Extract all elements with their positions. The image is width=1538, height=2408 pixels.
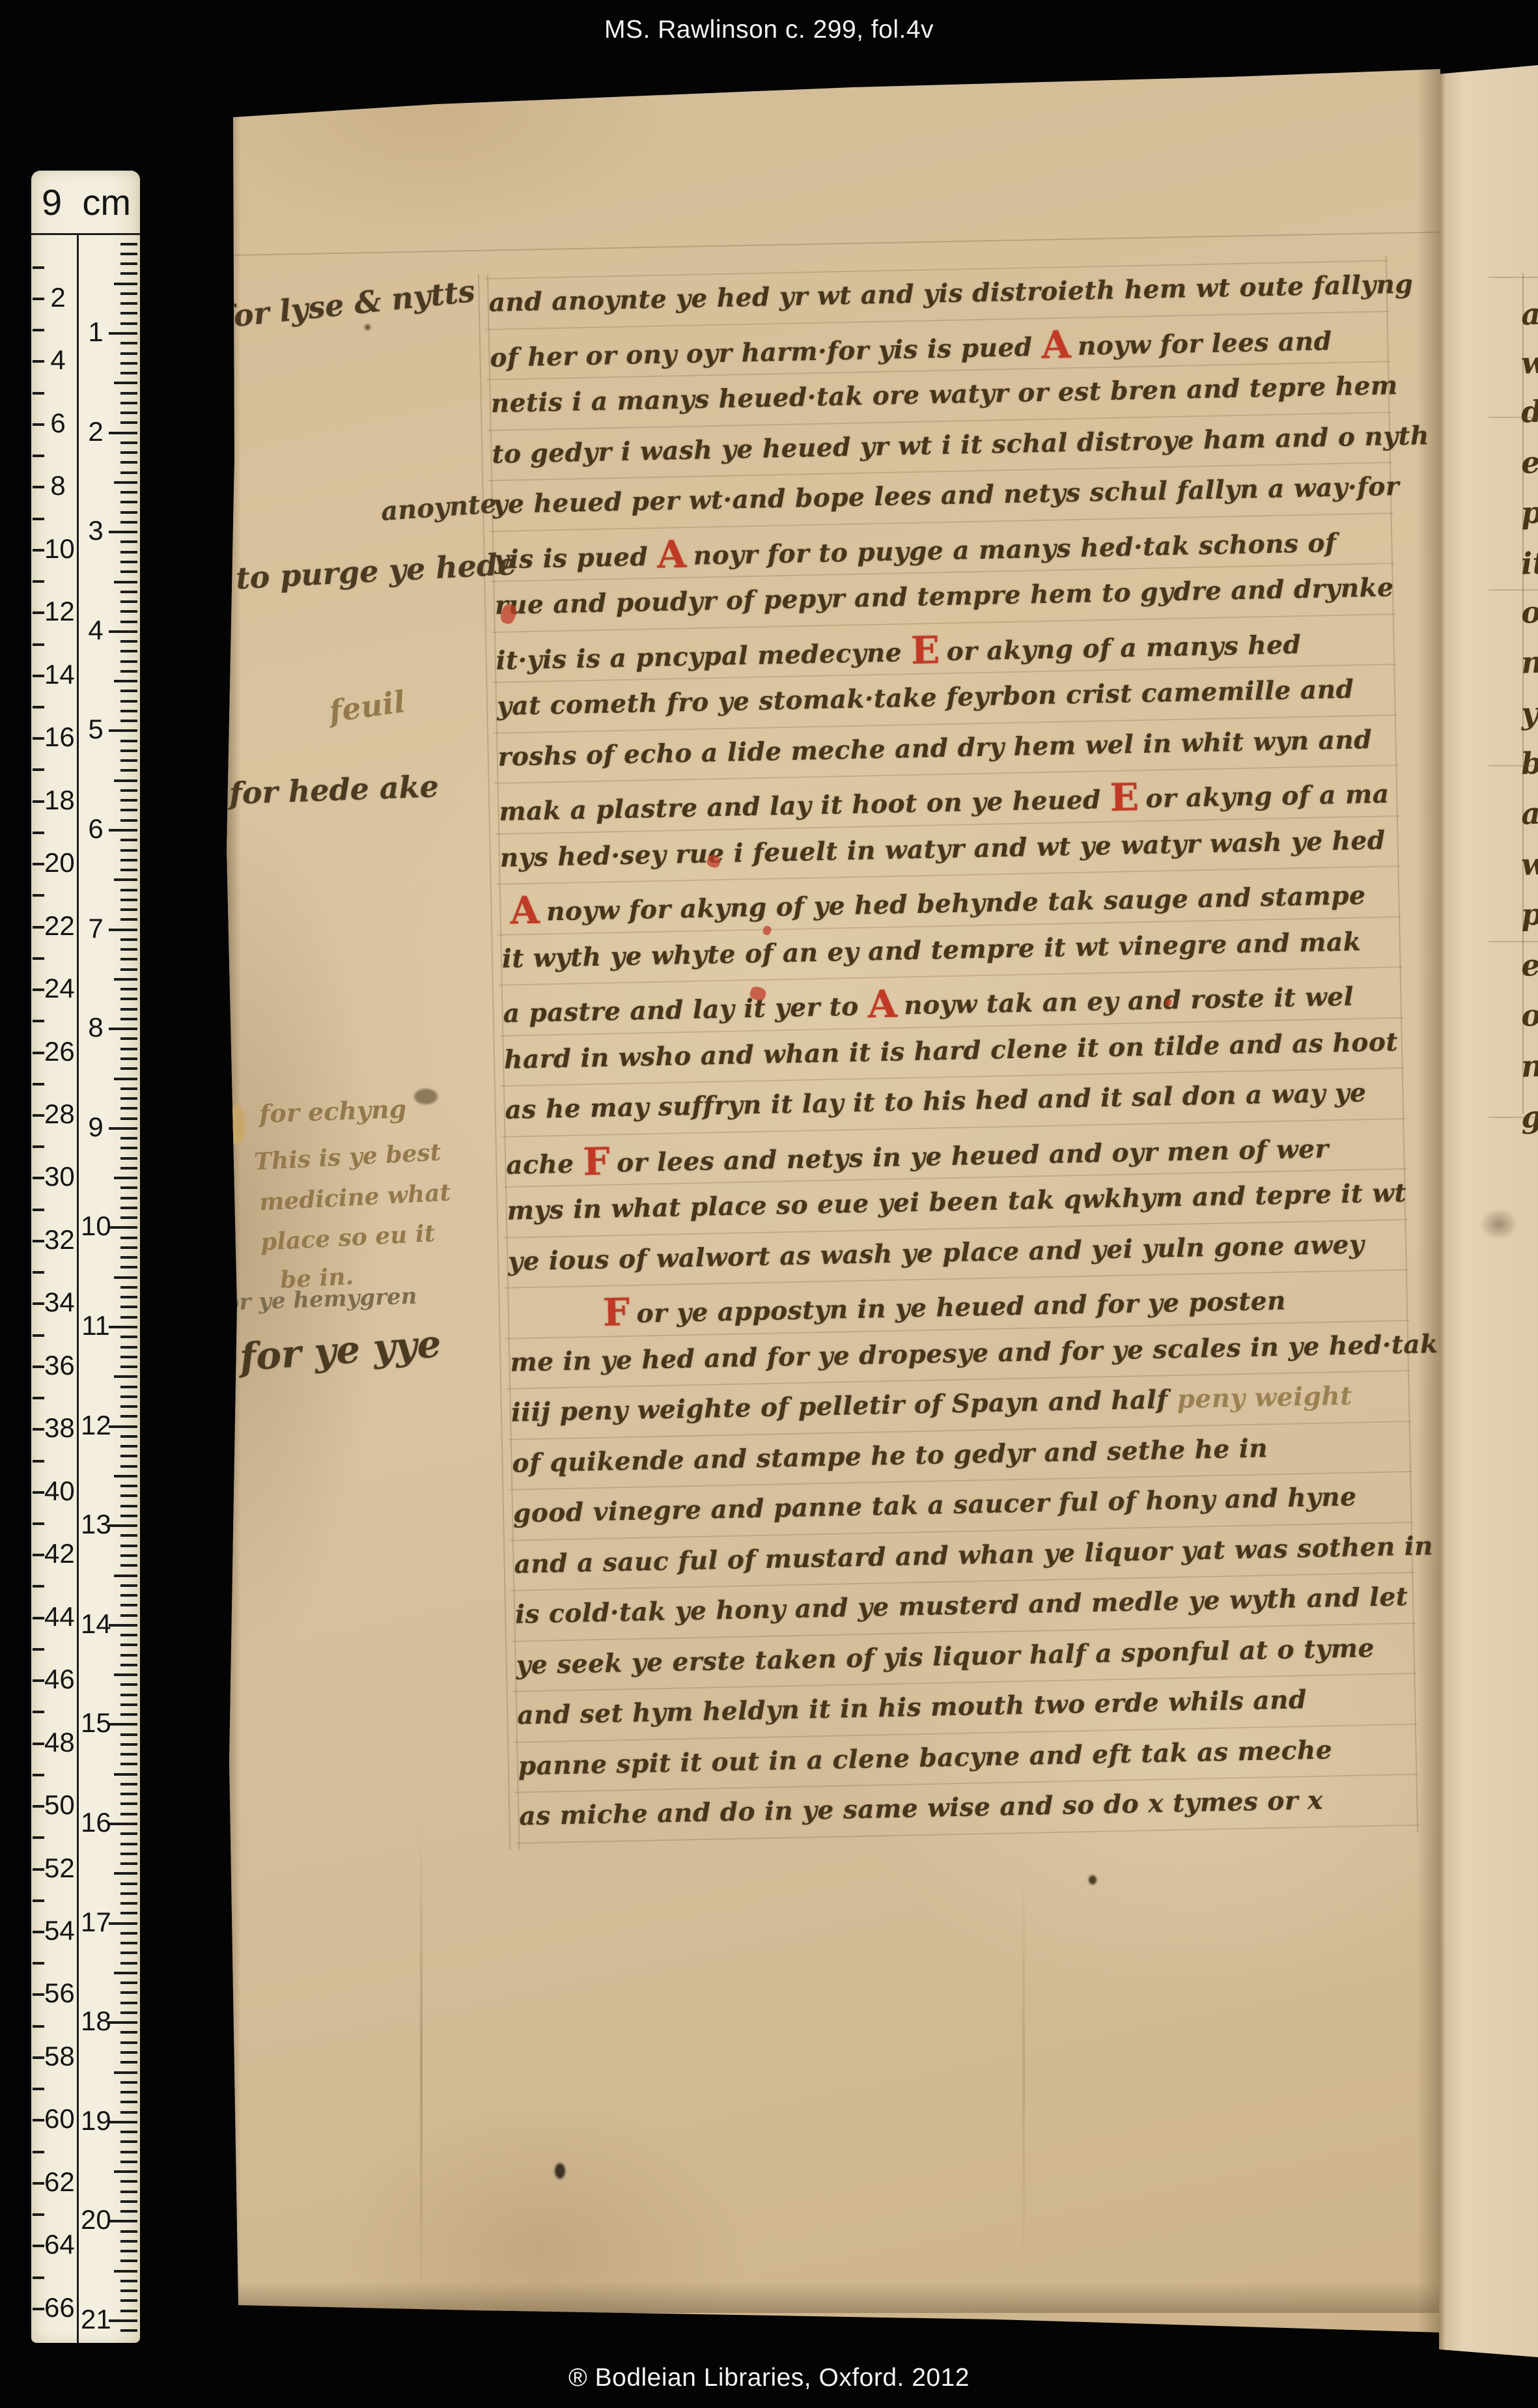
ruler-left-number: 62	[44, 2166, 72, 2198]
ruler-left-tick	[33, 1020, 44, 1022]
manuscript-text: or akyng of a ma	[1145, 779, 1390, 813]
ruler-right-tick	[114, 1673, 137, 1676]
ruler-right-tick	[120, 1048, 137, 1050]
ruler-card-number: 9	[42, 181, 62, 223]
ruler-right-tick	[120, 1286, 137, 1289]
ruler-right-number: 12	[81, 1410, 111, 1441]
ruler-right-tick	[120, 938, 137, 941]
ruler-right-tick	[120, 1167, 137, 1169]
ruler-right-tick	[109, 729, 137, 732]
ruler-right-tick	[120, 1395, 137, 1398]
ruler-right-tick	[120, 372, 137, 374]
ruler-right-tick	[120, 1604, 137, 1606]
ruler-right-tick	[114, 1575, 137, 1577]
margin-note: for echyng	[259, 1094, 407, 1128]
ruler-left-tick	[33, 800, 44, 803]
ruler-right-tick	[120, 819, 137, 822]
ruler-right-tick	[120, 1644, 137, 1646]
ruler-right-tick	[120, 621, 137, 623]
ruler-left-number: 38	[44, 1412, 72, 1444]
ruler-right-tick	[120, 1117, 137, 1120]
ruler-right-tick	[120, 2131, 137, 2133]
ruler-right-tick	[120, 998, 137, 1000]
facing-folio-letter-fragment: w	[1520, 846, 1538, 882]
ruler-right-tick	[120, 312, 137, 315]
ruler-right-tick	[120, 441, 137, 444]
ruler-right-tick	[109, 1425, 137, 1428]
ruler-left-number: 16	[44, 721, 72, 753]
ruler-right-tick	[120, 1634, 137, 1636]
ruler-right-tick	[120, 1186, 137, 1189]
manuscript-text: a pastre and lay it yer to	[503, 992, 859, 1029]
ruler-left-number: 14	[44, 659, 72, 690]
ruler-left-tick	[33, 1617, 44, 1619]
ruler-right-tick	[120, 1386, 137, 1388]
ruler-right-tick	[120, 1554, 137, 1557]
ruler-right-tick	[120, 392, 137, 395]
ruler-right-tick	[120, 1743, 137, 1746]
manuscript-text: ache	[506, 1149, 574, 1180]
manuscript-text: panne spit it out in a clene bacyne and …	[518, 1735, 1332, 1781]
ruler-left-number: 66	[44, 2292, 72, 2323]
ruler-right-tick	[114, 680, 137, 682]
ruler-left-number: 50	[44, 1789, 72, 1821]
manuscript-text: or lees and netys in ye heued and oyr me…	[617, 1134, 1329, 1178]
ruler-right-tick	[120, 869, 137, 871]
ruler-right-tick	[120, 1832, 137, 1835]
ruler-right-tick	[120, 799, 137, 802]
ruler-right-tick	[120, 2091, 137, 2093]
ruler-right-tick	[120, 561, 137, 563]
ruler-left-tick	[33, 1145, 44, 1148]
ruler-right-tick	[120, 2151, 137, 2153]
manuscript-text: noyw tak an ey and roste it wel	[904, 982, 1354, 1021]
ruler-right-number: 21	[81, 2304, 111, 2335]
ruler-right-number: 13	[81, 1509, 111, 1540]
ruler-header: 9 cm	[31, 171, 140, 233]
ruler-left-number: 2	[44, 282, 72, 313]
manuscript-text-lines: and anoynte ye hed yr wt and yis distroi…	[488, 260, 1393, 278]
ruler-left-tick	[33, 2182, 44, 2185]
ruler-right-tick	[114, 978, 137, 981]
manuscript-text: is cold·tak ye hony and ye musterd and m…	[515, 1582, 1408, 1630]
ruler-right-number: 18	[81, 2006, 111, 2037]
ruler-right-tick	[109, 2220, 137, 2222]
ruler-right-tick	[120, 570, 137, 573]
ruler-right-tick	[120, 253, 137, 255]
ruler-left-number: 22	[44, 910, 72, 942]
manuscript-text: or ye appostyn in ye heued and for ye po…	[636, 1286, 1286, 1329]
ruler-right-tick	[120, 1485, 137, 1487]
page-crease	[1022, 1858, 1025, 2282]
ruler-left-number: 52	[44, 1853, 72, 1884]
ruler-right-tick	[120, 1216, 137, 1219]
ruler-right-tick	[120, 2161, 137, 2163]
ruler-right-tick	[120, 302, 137, 305]
ruler-right-tick	[120, 670, 137, 673]
ruler-right-tick	[120, 740, 137, 742]
ruler-left-tick	[33, 1302, 44, 1305]
ruler-right-tick	[120, 789, 137, 792]
ruler-left-number: 18	[44, 785, 72, 816]
ruler-left-number: 30	[44, 1161, 72, 1192]
manuscript-text: nys hed·sey rue i feuelt in watyr and wt…	[499, 825, 1386, 873]
ruler-right-tick	[114, 1773, 137, 1776]
ruler-right-tick	[120, 1654, 137, 1657]
ruler-left-tick	[33, 1522, 44, 1525]
ruler-right-tick	[120, 262, 137, 265]
ruler-right-tick	[114, 2071, 137, 2074]
ruler-right-tick	[120, 2081, 137, 2084]
manuscript-text: ye ious of walwort as wash ye place and …	[508, 1229, 1365, 1276]
facing-folio-letter-fragment: p	[1520, 494, 1538, 530]
ruler-right-tick	[120, 2240, 137, 2243]
facing-folio-letter-fragment: o	[1520, 997, 1538, 1033]
ruler-right-number: 19	[81, 2105, 111, 2136]
ruler-left-number: 20	[44, 847, 72, 878]
ruler-right-tick	[120, 1614, 137, 1617]
ruler-left-number: 8	[44, 470, 72, 501]
ruler-right-tick	[120, 1157, 137, 1160]
rubric-initial: F	[583, 1139, 611, 1184]
ruler-right-tick	[120, 2210, 137, 2213]
ruler-right-tick	[120, 2280, 137, 2282]
ruler-right-tick	[120, 968, 137, 971]
manuscript-text: good vinegre and panne tak a saucer ful …	[513, 1482, 1357, 1529]
ruler-left-tick	[33, 706, 44, 708]
ruler-right-tick	[114, 1872, 137, 1875]
ruler-left-tick	[33, 1931, 44, 1933]
ruler-left-number: 44	[44, 1601, 72, 1632]
ruler-right-tick	[120, 1902, 137, 1905]
ruler-right-tick	[120, 2140, 137, 2143]
ruler-right-tick	[109, 630, 137, 633]
ruler-left-tick	[33, 1460, 44, 1463]
ruler-right-tick	[109, 2021, 137, 2024]
ruler-right-tick	[120, 1793, 137, 1795]
ruler-left-tick	[33, 2025, 44, 2028]
ruler-left-number: 6	[44, 408, 72, 439]
manuscript-text: and anoynte ye hed yr wt and yis distroi…	[488, 270, 1413, 318]
ruler-right-tick	[120, 1147, 137, 1149]
ruler-right-tick	[120, 849, 137, 852]
ruler-right-tick	[120, 1883, 137, 1885]
ruler-left-tick	[33, 2276, 44, 2279]
ruler-left-tick	[33, 1868, 44, 1871]
margin-note: for ye yye	[238, 1321, 442, 1379]
ruler-right-tick	[120, 322, 137, 325]
ruler-right-tick	[120, 859, 137, 861]
ruler-right-tick	[120, 889, 137, 891]
ruler-right-tick	[109, 1823, 137, 1825]
ruler-right-tick	[120, 958, 137, 960]
rubric-initial: F	[602, 1290, 630, 1335]
manuscript-text: of quikende and stampe he to gedyr and s…	[512, 1433, 1268, 1478]
manuscript-text: rue and poudyr of pepyr and tempre hem t…	[495, 572, 1394, 621]
ruler-right-tick	[120, 2250, 137, 2252]
ruler-left-number: 56	[44, 1978, 72, 2009]
ruler-left-tick	[33, 1743, 44, 1745]
ruler-left-tick	[33, 863, 44, 865]
ruler-left-number: 12	[44, 596, 72, 627]
ruler-left-tick	[33, 2213, 44, 2216]
ruler-right-tick	[120, 1962, 137, 1965]
rubric-initial: E	[910, 628, 940, 673]
ruler-left-number: 54	[44, 1915, 72, 1946]
ruler-right-number: 9	[81, 1112, 111, 1143]
ruler-right-number: 11	[81, 1310, 111, 1341]
manuscript-text: ye seek ye erste taken of yis liquor hal…	[516, 1633, 1375, 1680]
facing-folio-smudge	[1479, 1208, 1518, 1240]
ruler-right-tick	[114, 2170, 137, 2173]
ruler-right-tick	[109, 2121, 137, 2123]
ruler-right-tick	[120, 1057, 137, 1060]
ruler-right-tick	[109, 1922, 137, 1925]
ruler-right-tick	[120, 690, 137, 692]
ruler-left-tick	[33, 1648, 44, 1651]
ruler-left-number: 36	[44, 1350, 72, 1381]
manuscript-text: to gedyr i wash ye heued yr wt i it scha…	[492, 421, 1429, 469]
ruler-right-tick	[120, 2011, 137, 2014]
page-crease	[420, 1826, 423, 2308]
manuscript-text: roshs of echo a lide meche and dry hem w…	[497, 724, 1372, 772]
ruler-left-tick	[33, 1271, 44, 1274]
ruler-left-tick	[33, 423, 44, 426]
ruler-right-tick	[114, 779, 137, 782]
ruler-right-tick	[120, 1713, 137, 1716]
ruler-left-tick	[33, 926, 44, 929]
ruler-right-tick	[120, 1534, 137, 1537]
manuscript-text: yat cometh fro ye stomak·take feyrbon cr…	[497, 674, 1354, 721]
manuscript-page: and anoynte ye hed yr wt and yis distroi…	[215, 68, 1440, 2342]
ruler-right-tick	[120, 1008, 137, 1011]
facing-folio-letter-fragment: b	[1520, 745, 1538, 781]
ruler-right-tick	[109, 1028, 137, 1030]
ruler-right-number: 16	[81, 1807, 111, 1838]
ruler-left-tick	[33, 2308, 44, 2310]
ruler-right-tick	[120, 521, 137, 524]
ruler-right-tick	[120, 1594, 137, 1597]
ruler-left-tick	[33, 1774, 44, 1776]
ruler-left-tick	[33, 2088, 44, 2090]
ruler-right-tick	[120, 1207, 137, 1209]
ruler-right-tick	[120, 809, 137, 811]
ruler-right-tick	[120, 1445, 137, 1448]
ruler-left-tick	[33, 1209, 44, 1211]
ruler-right-tick	[120, 2191, 137, 2193]
manuscript-text: and set hym heldyn it in his mouth two e…	[517, 1685, 1307, 1730]
ruler-left-tick	[33, 1240, 44, 1242]
ruler-right-tick	[120, 1515, 137, 1517]
ruler-right-tick	[109, 432, 137, 434]
page-speck	[414, 1089, 438, 1104]
ruler-right-tick	[114, 1276, 137, 1279]
ruler-right-tick	[120, 272, 137, 275]
ruler-right-tick	[120, 362, 137, 365]
ruler-right-tick	[120, 2200, 137, 2203]
ruler-left-number: 58	[44, 2041, 72, 2072]
ruler-right-tick	[120, 551, 137, 553]
manuscript-text: netis i a manys heued·tak ore watyr or e…	[490, 371, 1398, 419]
facing-folio-letter-fragment: it	[1520, 545, 1538, 581]
manuscript-text: noyw for lees and	[1078, 326, 1332, 361]
ruler-right-tick	[120, 1067, 137, 1070]
ruler-right-tick	[120, 839, 137, 841]
library-credit-caption: ® Bodleian Libraries, Oxford. 2012	[0, 2364, 1538, 2392]
ruler-right-tick	[120, 352, 137, 355]
ruler-right-tick	[120, 1564, 137, 1567]
ruler-right-tick	[120, 1763, 137, 1765]
ruler-right-tick	[120, 471, 137, 474]
manuscript-text: ye heued per wt·and bope lees and netys …	[493, 471, 1400, 520]
ruler-right-number: 20	[81, 2204, 111, 2235]
margin-note: for lyse & nytts	[219, 273, 477, 335]
ruler-right-tick	[120, 2329, 137, 2332]
ruler-left-number: 24	[44, 973, 72, 1004]
ruler-right-tick	[114, 481, 137, 484]
ruler-right-tick	[120, 1137, 137, 1140]
ruler-right-tick	[120, 2051, 137, 2054]
ruler-left-tick	[33, 957, 44, 960]
ruler-right-tick	[120, 640, 137, 643]
page-fore-edge-shadow	[1417, 68, 1440, 2340]
facing-folio-letter-fragment: w	[1520, 344, 1538, 380]
margin-note: This is ye best	[253, 1139, 441, 1176]
ruler-left-number: 60	[44, 2103, 72, 2135]
manuscript-text: or akyng of a manys hed	[946, 630, 1301, 667]
manuscript-text: as miche and do in ye same wise and so d…	[519, 1785, 1323, 1832]
ruler-left-tick	[33, 1899, 44, 1902]
ruler-right-tick	[114, 283, 137, 285]
ruler-right-tick	[120, 600, 137, 603]
ruler-right-tick	[120, 1296, 137, 1298]
ruler-right-tick	[109, 1723, 137, 1726]
ruler-left-number: 32	[44, 1224, 72, 1255]
manuscript-text: me in ye hed and for ye dropesye and for…	[510, 1329, 1438, 1378]
ruler-right-tick	[114, 878, 137, 881]
ruler-left-number: 46	[44, 1664, 72, 1695]
rubric-initial: A	[867, 982, 898, 1027]
page-speck	[229, 1104, 245, 1145]
margin-note: anoynte	[380, 488, 498, 527]
ruler-right-tick	[120, 918, 137, 921]
ruler-right-tick	[120, 1733, 137, 1736]
manuscript-text: peny weight	[1177, 1381, 1352, 1414]
ruler-right-tick	[120, 1783, 137, 1785]
ruler-right-tick	[120, 1932, 137, 1935]
ruler-right-tick	[120, 1853, 137, 1855]
ruler-right-tick	[120, 1892, 137, 1895]
scale-ruler: 9 cm 24681012141618202224262830323436384…	[31, 171, 140, 2343]
manuscript-text: and a sauc ful of mustard and whan ye li…	[514, 1531, 1433, 1579]
ruler-left-tick	[33, 1962, 44, 1965]
ruler-left-tick	[33, 266, 44, 269]
ruler-right-tick	[120, 451, 137, 454]
ruler-right-number: 3	[81, 515, 111, 546]
ruler-left-tick	[33, 360, 44, 363]
ruler-right-tick	[120, 660, 137, 663]
ruler-right-tick	[120, 759, 137, 762]
ruler-left-tick	[33, 1052, 44, 1054]
ruler-right-tick	[120, 501, 137, 503]
ruler-right-tick	[120, 1942, 137, 1944]
ruler-right-tick	[120, 2041, 137, 2044]
ruler-right-number: 6	[81, 813, 111, 845]
ruler-left-tick	[33, 486, 44, 488]
ruler-left-tick	[33, 675, 44, 677]
ruler-right-tick	[120, 1465, 137, 1468]
ruler-right-tick	[120, 1802, 137, 1805]
ruler-right-tick	[120, 342, 137, 344]
ruler-right-tick	[120, 243, 137, 245]
ruler-right-tick	[120, 1584, 137, 1587]
ruler-right-tick	[114, 1475, 137, 1477]
ruler-right-tick	[120, 1336, 137, 1338]
facing-folio-ruling-fragment	[1489, 417, 1538, 418]
margin-note: medicine what	[259, 1179, 451, 1216]
ruler-left-tick	[33, 1805, 44, 1808]
ruler-left-tick	[33, 518, 44, 520]
ruler-left-number: 42	[44, 1538, 72, 1569]
facing-folio-edge: awdepitomybawpeong	[1436, 65, 1538, 2357]
ruler-right-tick	[109, 1226, 137, 1229]
ruler-right-tick	[120, 2180, 137, 2183]
ruler-right-number: 14	[81, 1608, 111, 1640]
ruler-right-tick	[120, 1246, 137, 1249]
ruler-right-tick	[109, 2319, 137, 2322]
ruler-right-tick	[120, 2299, 137, 2302]
ruler-right-tick	[120, 1346, 137, 1349]
ruler-left-tick	[33, 2245, 44, 2247]
page-speck	[1089, 1875, 1097, 1884]
facing-folio-letter-fragment: d	[1520, 393, 1538, 429]
ruler-left-tick	[33, 1177, 44, 1179]
ruler-left-tick	[33, 1679, 44, 1682]
facing-folio-letter-fragment: p	[1520, 896, 1538, 932]
facing-folio-ruling-fragment	[1489, 765, 1538, 766]
ruler-left-tick	[33, 2151, 44, 2153]
ruler-right-tick	[114, 2270, 137, 2273]
ruler-left-tick	[33, 737, 44, 740]
ruler-right-tick	[120, 908, 137, 911]
ruler-right-tick	[109, 1326, 137, 1328]
ruler-left-tick	[33, 643, 44, 646]
ruler-right-tick	[120, 2031, 137, 2034]
ruler-left-tick	[33, 1083, 44, 1085]
ruler-right-tick	[120, 988, 137, 990]
manuscript-text: yis is pued	[494, 542, 648, 575]
facing-folio-letter-fragment: n	[1520, 1048, 1538, 1084]
ruler-header-divider	[31, 233, 140, 235]
facing-folio-letter-fragment: m	[1520, 644, 1538, 680]
ruler-right-tick	[120, 1694, 137, 1696]
ruler-right-tick	[120, 412, 137, 414]
ruler-left-tick	[33, 1993, 44, 1996]
ruler-right-number: 7	[81, 913, 111, 944]
ruler-right-tick	[120, 1306, 137, 1308]
ruler-left-tick	[33, 1397, 44, 1399]
ruler-right-tick	[120, 2061, 137, 2064]
ruler-right-number: 1	[81, 316, 111, 348]
ruler-right-tick	[120, 1097, 137, 1100]
ruler-right-number: 15	[81, 1707, 111, 1739]
ruler-right-number: 8	[81, 1012, 111, 1043]
screenshot-root: { "captions": { "top": "MS. Rawlinson c.…	[0, 0, 1538, 2408]
ruler-right-tick	[109, 1524, 137, 1527]
ruler-right-tick	[120, 1365, 137, 1368]
facing-folio-ruling-fragment	[1489, 589, 1538, 591]
ruler-left-tick	[33, 1711, 44, 1713]
